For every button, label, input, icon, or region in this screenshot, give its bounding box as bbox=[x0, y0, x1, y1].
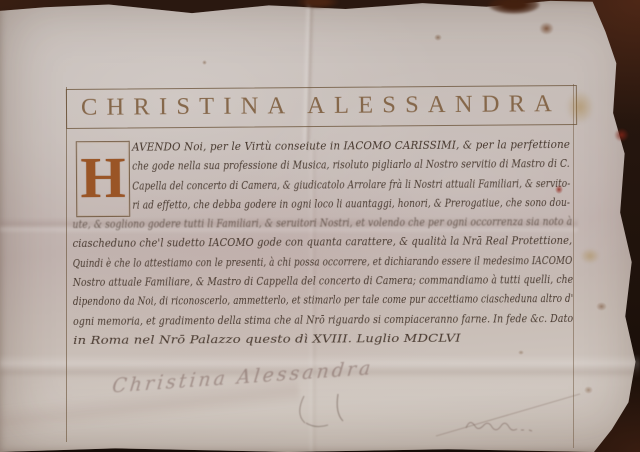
body-line: che gode nella sua professione di Musica… bbox=[132, 156, 570, 178]
seal-mark bbox=[282, 392, 372, 440]
body-line: ri ad effetto, che debba godere in ogni … bbox=[132, 195, 570, 217]
body-line: in Roma nel Nrō Palazzo questo dì XVIII.… bbox=[73, 331, 461, 353]
left-margin-rule bbox=[66, 87, 67, 442]
body-line: Capella del concerto di Camera, & giudic… bbox=[132, 176, 570, 198]
title-box: CHRISTINA ALESSANDRA bbox=[66, 85, 577, 129]
photo-of-manuscript: CHRISTINA ALESSANDRA H AVENDO Noi, per l… bbox=[0, 0, 640, 452]
body-line: AVENDO Noi, per le Virtù conseiute in IA… bbox=[132, 137, 570, 159]
countersignature bbox=[432, 384, 592, 439]
document-title: CHRISTINA ALESSANDRA bbox=[81, 91, 561, 122]
body-text: AVENDO Noi, per le Virtù conseiute in IA… bbox=[72, 137, 576, 352]
body-line: ogni memoria, et gradimento della stima … bbox=[73, 311, 573, 333]
